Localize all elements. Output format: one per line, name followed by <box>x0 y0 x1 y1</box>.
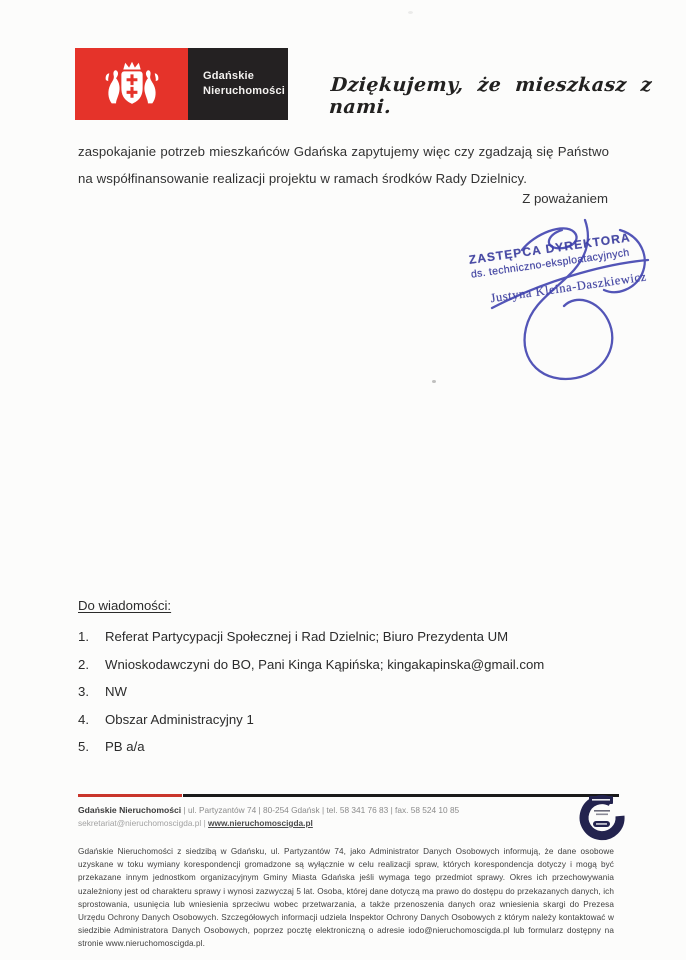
footer-separator: | <box>204 818 206 828</box>
list-item: 3. NW <box>78 684 598 712</box>
iso-certification-logo-icon <box>574 791 630 845</box>
list-item: 5. PB a/a <box>78 739 598 767</box>
footer-rule-red <box>78 794 182 797</box>
list-item: 2. Wnioskodawczyni do BO, Pani Kinga Kąp… <box>78 657 598 685</box>
handwritten-signature-icon <box>452 216 662 384</box>
list-item-number: 1. <box>78 629 105 644</box>
scan-speck <box>408 11 413 14</box>
legal-text: Gdańskie Nieruchomości z siedzibą w Gdań… <box>78 845 614 951</box>
logo-name-line2: Nieruchomości <box>203 84 288 99</box>
closing-salutation: Z poważaniem <box>380 191 608 206</box>
body-paragraph: zaspokajanie potrzeb mieszkańców Gdańska… <box>78 138 609 192</box>
list-item: 4. Obszar Administracyjny 1 <box>78 712 598 740</box>
cc-list: 1. Referat Partycypacji Społecznej i Rad… <box>78 629 598 767</box>
footer-web-line: sekretariat@nieruchomoscigda.pl | www.ni… <box>78 818 313 828</box>
company-logo: Gdańskie Nieruchomości <box>75 48 288 120</box>
logo-red-box <box>75 48 188 120</box>
slogan-text: Dziękujemy, że mieszkasz z nami. <box>328 74 661 118</box>
footer-rule-black <box>183 794 619 797</box>
list-item-number: 5. <box>78 739 105 754</box>
logo-text-box: Gdańskie Nieruchomości <box>188 48 288 120</box>
cc-section: Do wiadomości: 1. Referat Partycypacji S… <box>78 598 598 767</box>
list-item-text: Wnioskodawczyni do BO, Pani Kinga Kąpińs… <box>105 657 544 672</box>
list-item-number: 2. <box>78 657 105 672</box>
logo-name-line1: Gdańskie <box>203 69 288 84</box>
footer-email: sekretariat@nieruchomoscigda.pl <box>78 818 201 828</box>
footer-website-link: www.nieruchomoscigda.pl <box>208 818 313 828</box>
list-item-text: Obszar Administracyjny 1 <box>105 712 254 727</box>
footer-company-name: Gdańskie Nieruchomości <box>78 805 181 815</box>
cc-heading: Do wiadomości: <box>78 598 598 613</box>
list-item: 1. Referat Partycypacji Społecznej i Rad… <box>78 629 598 657</box>
footer-address: | ul. Partyzantów 74 | 80-254 Gdańsk | t… <box>183 805 459 815</box>
list-item-text: NW <box>105 684 127 699</box>
footer-contact-line: Gdańskie Nieruchomości | ul. Partyzantów… <box>78 805 459 815</box>
list-item-number: 3. <box>78 684 105 699</box>
list-item-number: 4. <box>78 712 105 727</box>
list-item-text: Referat Partycypacji Społecznej i Rad Dz… <box>105 629 508 644</box>
list-item-text: PB a/a <box>105 739 145 754</box>
gdansk-crest-icon <box>103 60 161 108</box>
scan-speck <box>432 380 436 383</box>
